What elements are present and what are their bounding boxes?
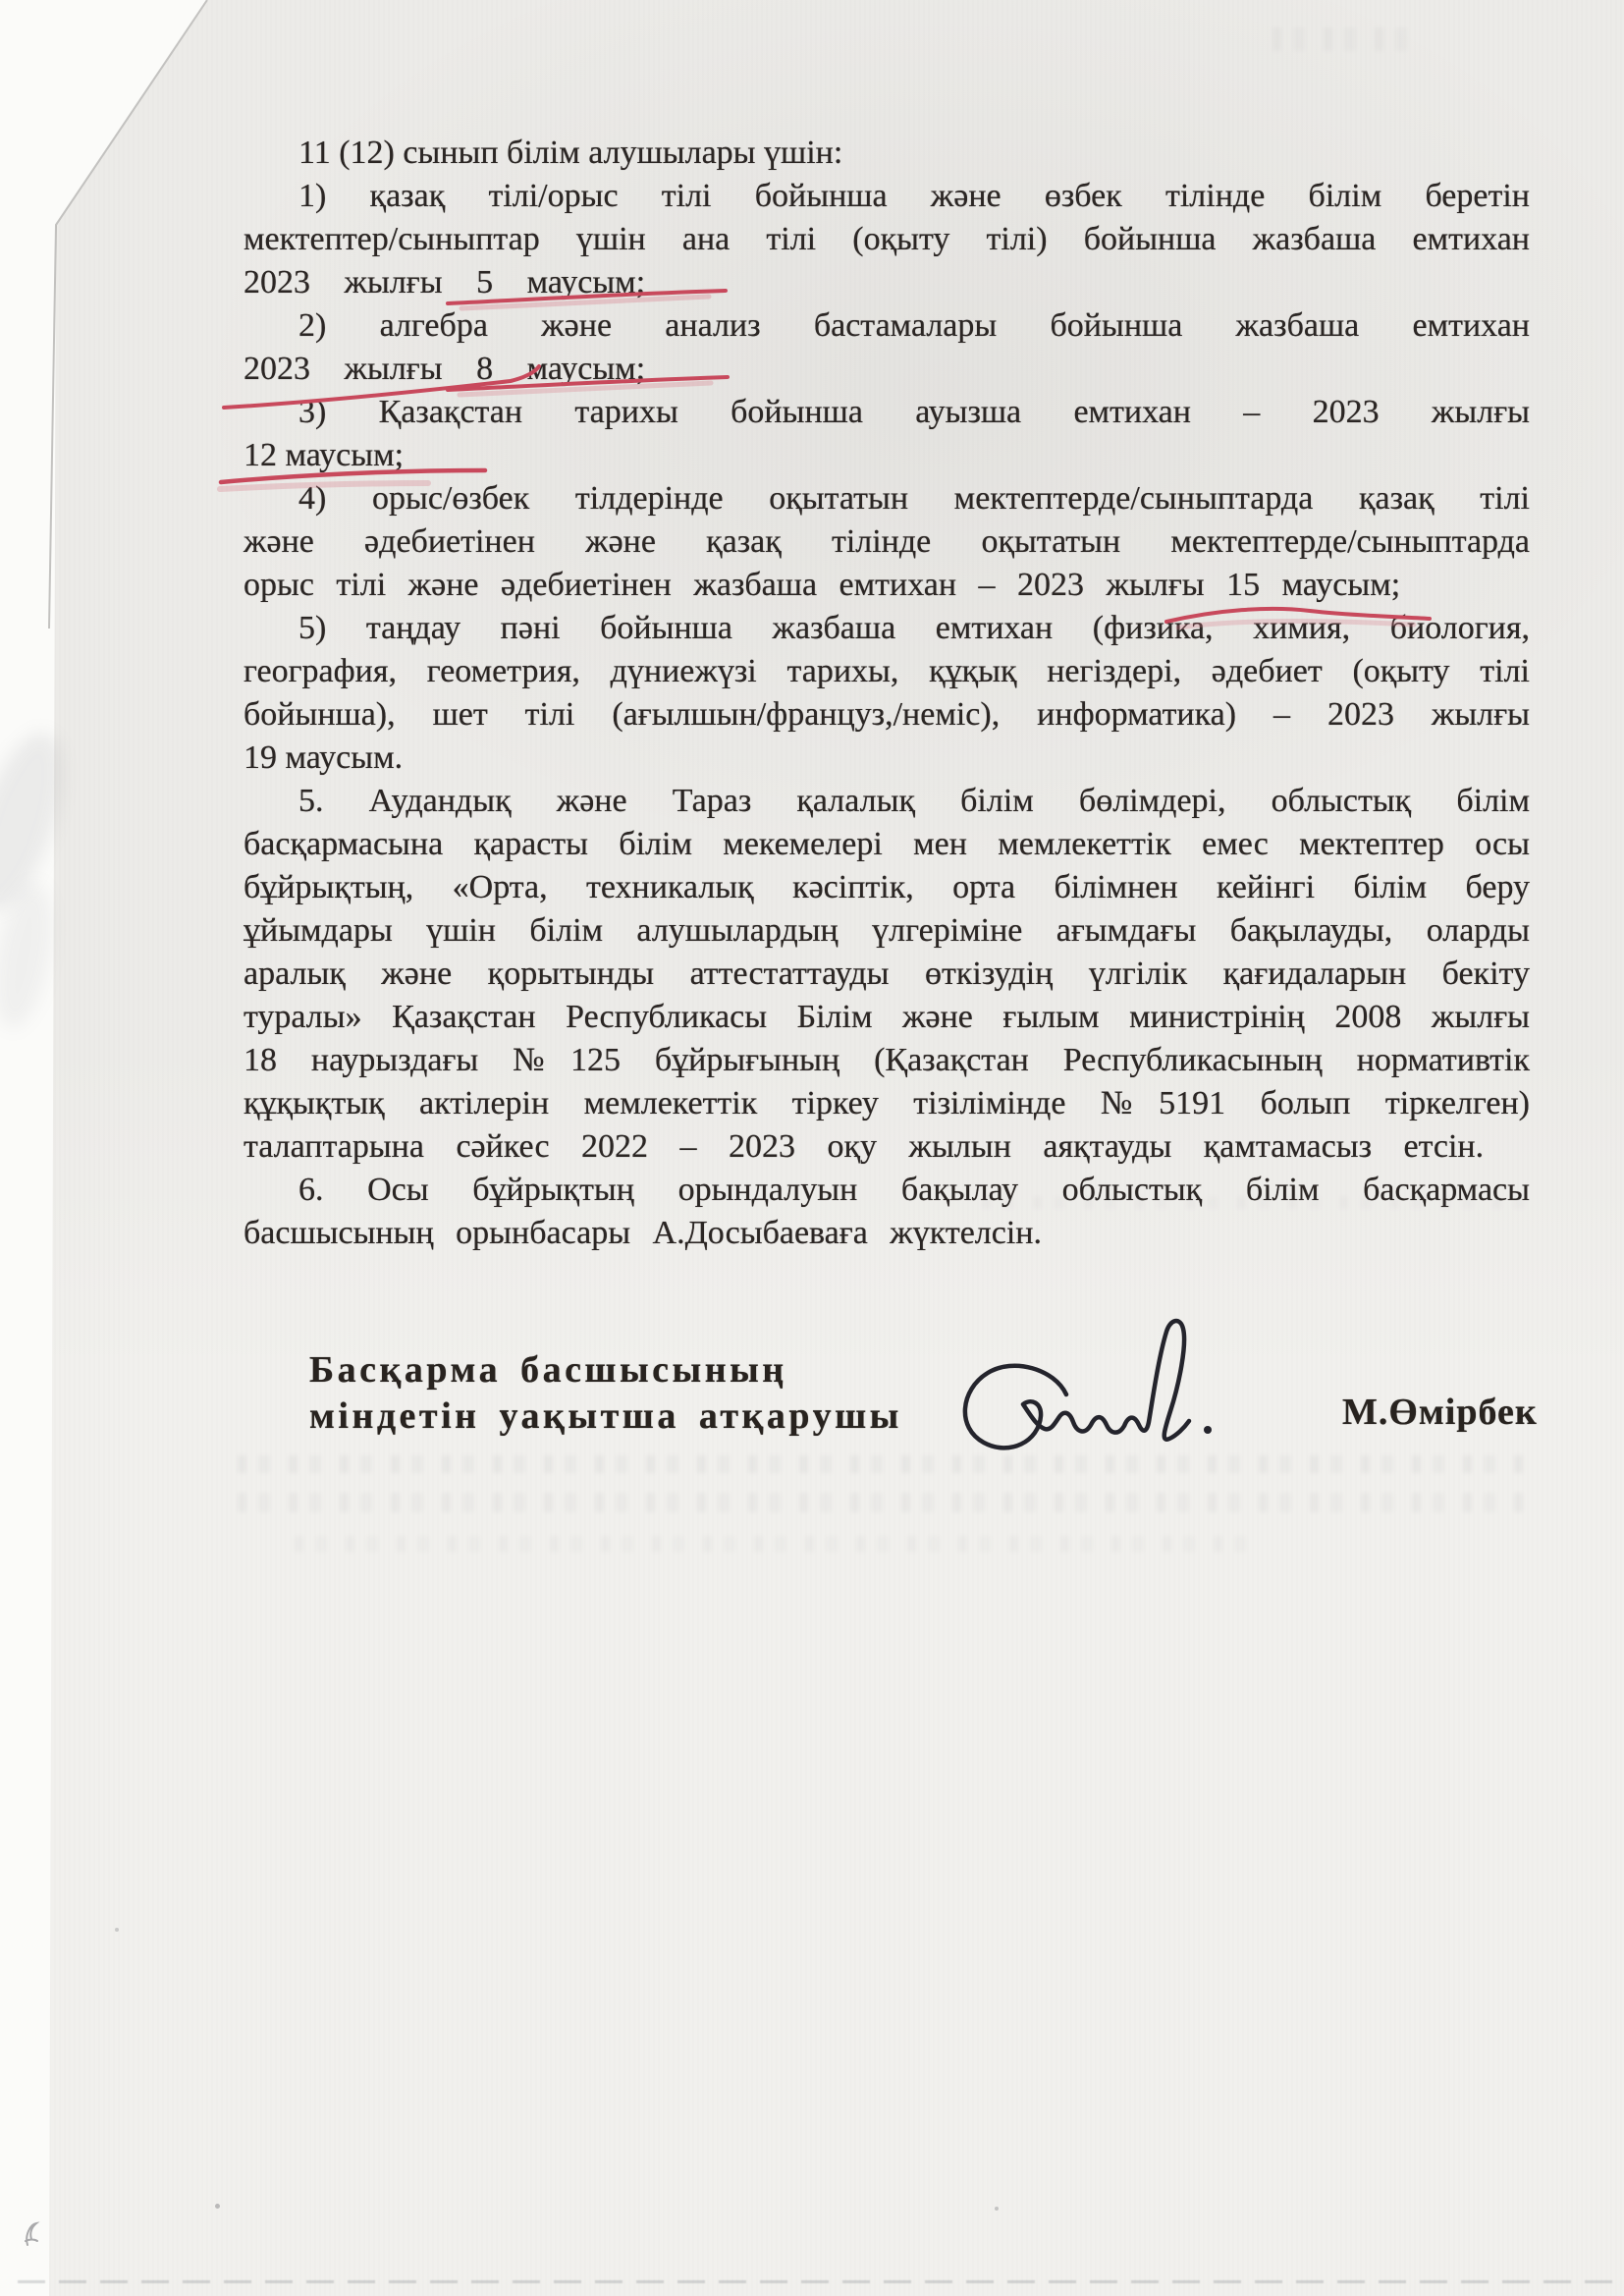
signer-name: М.Өмірбек (1342, 1391, 1538, 1434)
bleedthrough-band (238, 1493, 1530, 1512)
bleedthrough-band (982, 1196, 1532, 1209)
red-ink-annotations (0, 0, 1624, 2296)
ink-speck (115, 1928, 119, 1932)
signature-autograph (941, 1314, 1245, 1461)
bleedthrough-band (1272, 27, 1420, 51)
ink-speck (215, 2204, 220, 2209)
ink-speck (995, 2207, 999, 2211)
scanner-edge-line (18, 2280, 1624, 2283)
scanned-document-page: 11 (12) сынып білім алушылары үшін: 1) қ… (0, 0, 1624, 2296)
signer-role: Басқарма басшысының міндетін уақытша атқ… (309, 1347, 902, 1440)
bleedthrough-band (295, 1536, 1257, 1552)
signer-role-line2: міндетін уақытша атқарушы (309, 1394, 902, 1440)
signer-role-line1: Басқарма басшысының (309, 1347, 902, 1394)
red-underline-12-mausym (221, 470, 485, 482)
red-underline-12-mausym-shadow (220, 483, 428, 489)
ink-curl-mark (22, 2219, 43, 2249)
bleedthrough-band (238, 1455, 1530, 1473)
red-underline-15-mausym-shadow (1178, 622, 1414, 628)
